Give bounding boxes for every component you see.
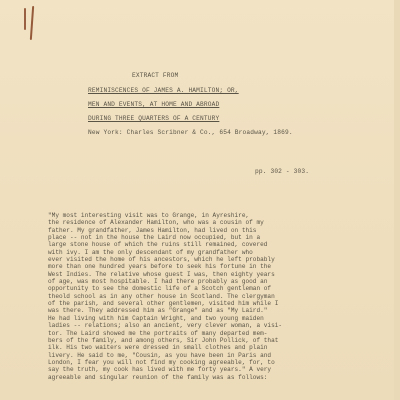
title-line-1: REMINISCENCES OF JAMES A. HAMILTON; OR, [88, 87, 239, 94]
body-line: say the truth, my cook has lived with me… [48, 366, 358, 373]
margin-pencil-mark [20, 6, 40, 42]
body-line: large stone house of which the ruins sti… [48, 241, 358, 248]
body-line: with ivy. I am the only descendant of my… [48, 249, 358, 256]
body-line: father. My grandfather, James Hamilton, … [48, 227, 358, 234]
body-line: the residence of Alexander Hamilton, who… [48, 219, 358, 226]
body-line: ever visited the home of his ancestors, … [48, 256, 358, 263]
body-paragraph: "My most interesting visit was to Grange… [48, 212, 358, 381]
body-line: He had living with him Captain Wright, a… [48, 315, 358, 322]
body-line: more than one hundred years before to se… [48, 263, 358, 270]
body-line: bers of the family, and among others, Si… [48, 337, 358, 344]
body-line: place -- not in the house the Laird now … [48, 234, 358, 241]
body-line: ilk. His two waiters were dressed in sma… [48, 344, 358, 351]
body-line: West Indies. The relative whose guest I … [48, 271, 358, 278]
body-line: agreeable and singular reunion of the fa… [48, 374, 358, 381]
title-line-2: MEN AND EVENTS, AT HOME AND ABROAD [88, 101, 219, 108]
body-line: ladies -- relations; also an ancient, ve… [48, 322, 358, 329]
body-line: London, I fear you will not find my cook… [48, 359, 358, 366]
document-page: EXTRACT FROM REMINISCENCES OF JAMES A. H… [0, 0, 395, 400]
body-line: theold school as in any other house in S… [48, 293, 358, 300]
extract-label: EXTRACT FROM [132, 72, 178, 79]
body-line: of the parish, and several other gentlem… [48, 300, 358, 307]
page-range: pp. 302 - 303. [255, 168, 309, 175]
body-line: "My most interesting visit was to Grange… [48, 212, 358, 219]
publication-info: New York: Charles Scribner & Co., 654 Br… [88, 129, 293, 136]
title-line-3: DURING THREE QUARTERS OF A CENTURY [88, 115, 219, 122]
body-line: livery. He said to me, "Cousin, as you h… [48, 352, 358, 359]
body-line: opportunity to see the domestic life of … [48, 285, 358, 292]
body-line: tor. The Laird showed me the portraits o… [48, 330, 358, 337]
body-line: was there. They addressed him as "Grange… [48, 307, 358, 314]
page-edge [394, 0, 400, 400]
body-line: of age, was most hospitable. I had there… [48, 278, 358, 285]
